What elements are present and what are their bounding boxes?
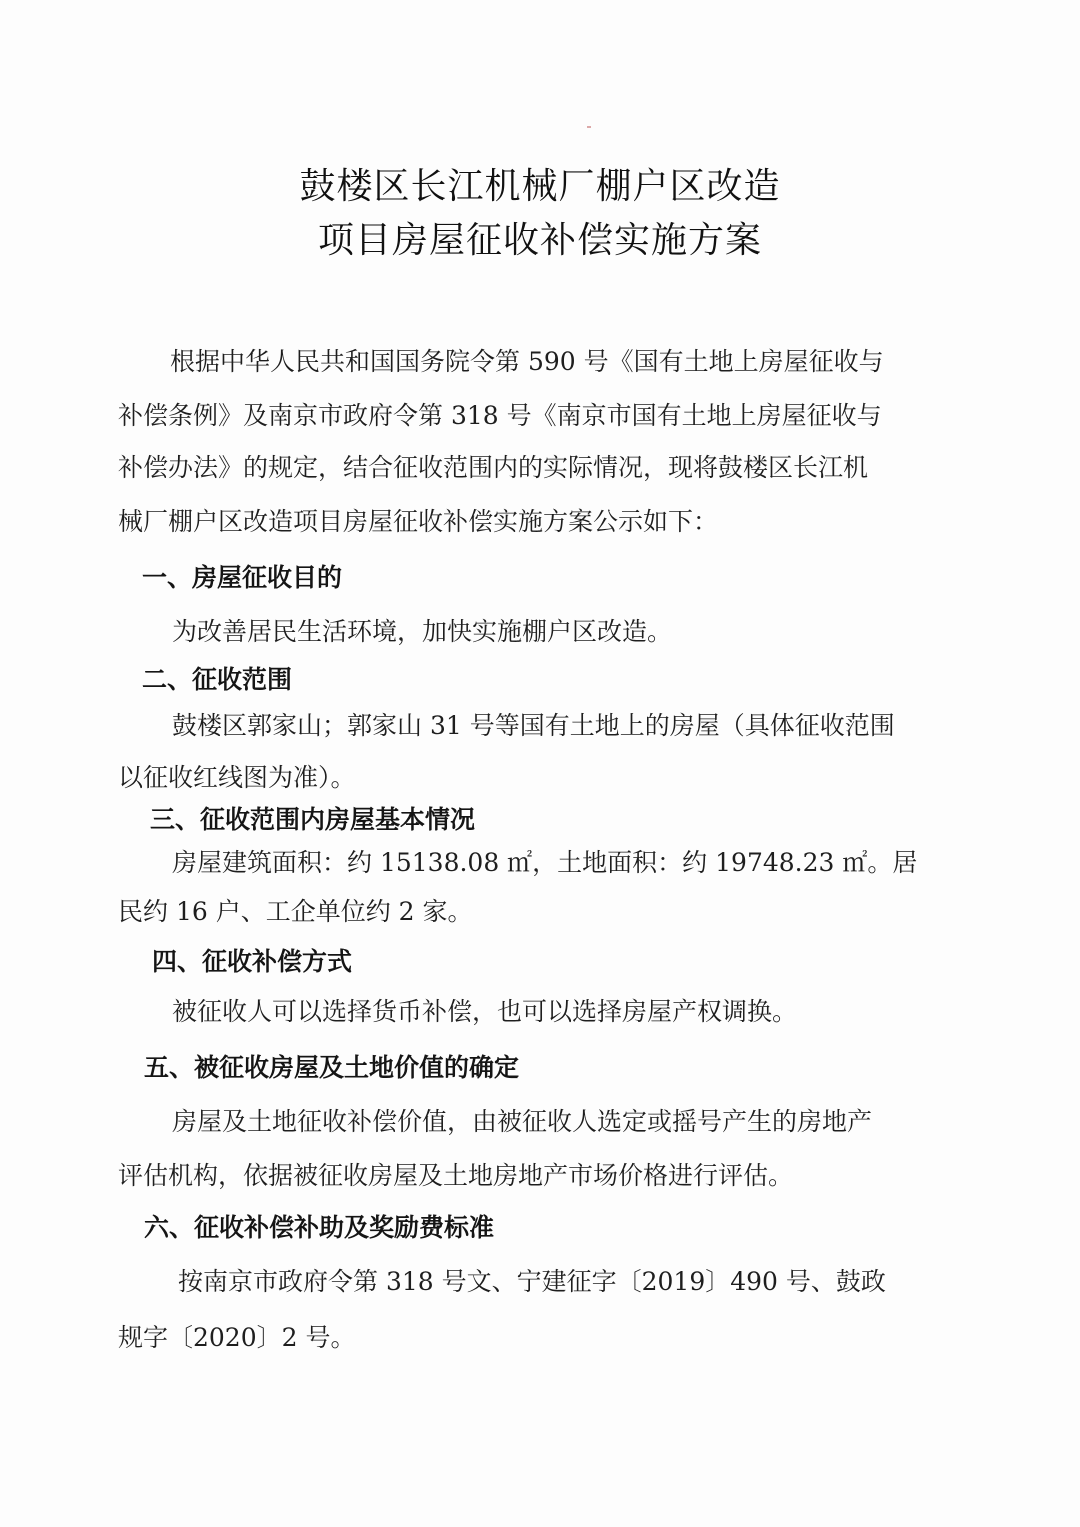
section-text: 评估机构，依据被征收房屋及土地房地产市场价格进行评估。 (118, 1156, 793, 1192)
intro-line: 根据中华人民共和国国务院令第 590 号《国有土地上房屋征收与 (170, 342, 884, 378)
intro-line: 补偿条例》及南京市政府令第 318 号《南京市国有土地上房屋征收与 (118, 396, 882, 432)
section-heading-basic-info: 三、征收范围内房屋基本情况 (150, 800, 475, 836)
intro-line: 补偿办法》的规定，结合征收范围内的实际情况，现将鼓楼区长江机 (118, 448, 868, 484)
section-text: 鼓楼区郭家山；郭家山 31 号等国有土地上的房屋（具体征收范围 (172, 706, 895, 742)
section-text: 按南京市政府令第 318 号文、宁建征字〔2019〕490 号、鼓政 (178, 1262, 886, 1298)
section-text: 房屋及土地征收补偿价值，由被征收人选定或摇号产生的房地产 (172, 1102, 872, 1138)
section-heading-standards: 六、征收补偿补助及奖励费标准 (144, 1208, 494, 1244)
section-text: 以征收红线图为准）。 (118, 758, 356, 794)
section-text: 规字〔2020〕2 号。 (118, 1318, 355, 1354)
section-heading-method: 四、征收补偿方式 (152, 942, 352, 978)
document-title-line2: 项目房屋征收补偿实施方案 (0, 212, 1080, 263)
section-text: 被征收人可以选择货币补偿，也可以选择房屋产权调换。 (172, 992, 797, 1028)
scan-mark (587, 126, 591, 128)
section-text: 民约 16 户、工企单位约 2 家。 (118, 892, 473, 928)
document-title-line1: 鼓楼区长江机械厂棚户区改造 (0, 158, 1080, 209)
section-heading-valuation: 五、被征收房屋及土地价值的确定 (144, 1048, 519, 1084)
section-heading-scope: 二、征收范围 (142, 660, 292, 696)
section-heading-purpose: 一、房屋征收目的 (142, 558, 342, 594)
section-text: 房屋建筑面积：约 15138.08 ㎡，土地面积：约 19748.23 ㎡。居 (172, 843, 917, 879)
section-text: 为改善居民生活环境，加快实施棚户区改造。 (172, 612, 672, 648)
intro-line: 械厂棚户区改造项目房屋征收补偿实施方案公示如下： (118, 502, 718, 538)
